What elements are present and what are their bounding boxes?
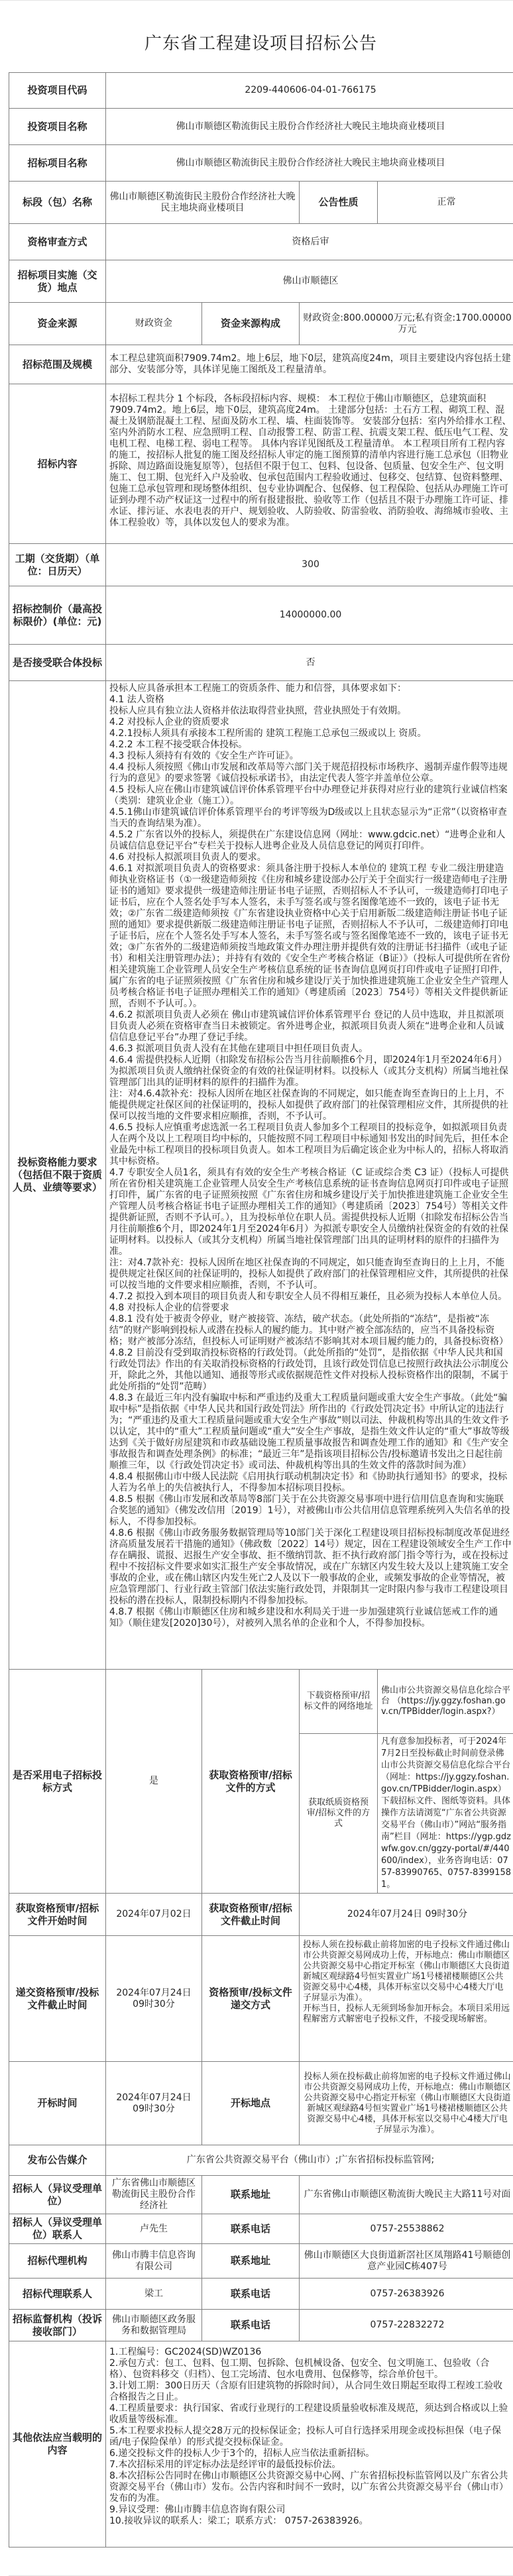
- requirement-line: 4.6.1 对拟派项目负责人的资格要求：须具备注册于投标人本单位的 建筑工程 专…: [109, 863, 512, 1010]
- requirement-line: 4.7.2 拟投入到本项目的项目负责人和专职安全人员不得相互兼任，且必须为投标人…: [109, 1291, 512, 1303]
- row-doc-time: 获取资格预审/招标文件开始时间 2024年07月02日 获取资格预审/招标文件截…: [9, 1894, 513, 1936]
- content-value: 本招标工程共分 1 个标段，各标段招标内容、规模： 本工程位于佛山市顺德区，总建…: [106, 384, 513, 544]
- other-label: 其他依法应当载明的内容: [9, 2341, 106, 2548]
- agency-contact-label: 招标代理联系人: [9, 2279, 106, 2310]
- other-line: 7.本次招标采用的评定标办法是经评审的最低投标价法。: [109, 2459, 512, 2471]
- qualification-review-label: 资格审查方式: [9, 224, 106, 260]
- tenderer-address-value: 广东省佛山市顺德区勒流街大晚民主大路11号对面: [300, 2176, 513, 2214]
- project-code-label: 投资项目代码: [9, 73, 106, 109]
- row-qualification-review: 资格审查方式 资格后审: [9, 224, 513, 260]
- requirement-line: 注：对4.7款补充：投标人因所在地区社保查询的不同规定，如只能查询至查询日的上上…: [109, 1258, 512, 1291]
- download-address-value[interactable]: 佛山市公共资源交易信息化综合平台 （https://jy.ggzy.foshan…: [378, 1670, 513, 1734]
- supervisor-phone-label: 联系电话: [202, 2310, 300, 2341]
- row-agency: 招标代理机构 佛山市腾丰信息咨询有限公司 联系地址 佛山市顺德区大良街道新滘社区…: [9, 2244, 513, 2279]
- other-line: 2.承包方式：包工、包料、包工期、包拆除、包机械设备、包安全、包文明施工、包验收…: [109, 2358, 512, 2381]
- requirement-line: 4.6 对投标人拟派项目负责人的要求。: [109, 852, 512, 863]
- project-name-label: 投资项目名称: [9, 109, 106, 145]
- agency-phone-value: 0757-26383926: [300, 2279, 513, 2310]
- tenderer-address-label: 联系地址: [202, 2176, 300, 2214]
- control-price-label: 招标控制价（最高投标限价）(单位：元): [9, 586, 106, 645]
- other-line: 9.异议受理：佛山市腾丰信息咨询有限公司: [109, 2504, 512, 2516]
- row-media: 发布公告媒介 广东省公共资源交易平台（佛山市）;广东省招标投标监管网;: [9, 2145, 513, 2176]
- supervisor-label: 招标监督机构（投诉接收部门）: [9, 2310, 106, 2341]
- other-line: 5.本工程要求投标人提交28万元的投标保证金；投标人可自行选择采用现金或投标担保…: [109, 2426, 512, 2448]
- requirement-line: 4.6.4 需提供投标人近期（扣除发布招标公告当月往前顺推6个月，即2024年1…: [109, 1055, 512, 1089]
- agency-label: 招标代理机构: [9, 2244, 106, 2279]
- project-code-value: 2209-440606-04-01-766175: [106, 73, 513, 109]
- requirement-line: 4.2.1投标人须具有承接本工程所需的 建筑工程施工总承包三级或以上 资质。: [109, 728, 512, 739]
- electronic-value: 是: [106, 1670, 202, 1894]
- row-electronic-download: 是否采用电子招标投标方式 是 获取资格预审/招标文件的方式 下载资格预审/招标文…: [9, 1670, 513, 1734]
- funding-composition-value: 财政资金:800.00000万元;私有资金:1700.00000万元: [300, 303, 513, 345]
- row-duration: 工期（交货期）（单位：日历天） 300: [9, 544, 513, 586]
- row-submission: 递交资格预审/投标文件截止时间 2024年07月24日 09时30分 资格预审/…: [9, 1936, 513, 2062]
- doc-end-label: 获取资格预审/招标文件截止时间: [202, 1894, 300, 1936]
- requirement-line: 注：对4.6.4款补充：投标人因所在地区社保查询的不同规定，如只能查询至查询日的…: [109, 1089, 512, 1122]
- submission-method-label: 资格预审/投标文件递交方式: [202, 1936, 300, 2062]
- requirement-line: 4.4 投标人须按照《佛山市发展和改革局等六部门关于规范招投标市场秩序、遏制弄虚…: [109, 762, 512, 784]
- agency-address-label: 联系地址: [202, 2244, 300, 2279]
- tender-name-label: 招标项目名称: [9, 145, 106, 182]
- tenderer-value: 广东省佛山市顺德区勒流街民主股份合作经济社: [106, 2176, 202, 2214]
- row-tenderer-contact: 招标人（异议受理单位）联系人 卢先生 联系电话 0757-25538862: [9, 2214, 513, 2244]
- doc-start-label: 获取资格预审/招标文件开始时间: [9, 1894, 106, 1936]
- paper-method-label: 获取纸质资格预审/招标文件的方式: [300, 1734, 378, 1894]
- tenderer-contact-value: 卢先生: [106, 2214, 202, 2244]
- requirements-value: 投标人应具备承担本工程施工的资质条件、能力和信誉，具体要求如下：4.1 法人资格…: [106, 681, 513, 1670]
- funding-composition-label: 资金来源构成: [202, 303, 300, 345]
- requirement-line: 4.3 投标人须持有有效的《安全生产许可证》。: [109, 751, 512, 762]
- tenderer-contact-label: 招标人（异议受理单位）联系人: [9, 2214, 106, 2244]
- supervisor-phone-value: 0757-22832272: [300, 2310, 513, 2341]
- row-supervisor: 招标监督机构（投诉接收部门） 佛山市顺德区政务服务和数据管理局 联系电话 075…: [9, 2310, 513, 2341]
- other-line: 4.工程质量要求：执行国家、省或行业现行的工程建设质量验收标准及规范，须达到合格…: [109, 2403, 512, 2426]
- row-location: 招标项目实施（交货）地点 佛山市顺德区: [9, 260, 513, 303]
- requirement-line: 4.5 投标人应在佛山市建筑诚信评价体系管理平台中办理登记并获得对应行业的建筑行…: [109, 784, 512, 807]
- requirements-list: 投标人应具备承担本工程施工的资质条件、能力和信誉，具体要求如下：4.1 法人资格…: [109, 683, 512, 1629]
- opening-time-value: 2024年07月24日 09时30分: [106, 2062, 202, 2145]
- row-funding: 资金来源 财政资金 资金来源构成 财政资金:800.00000万元;私有资金:1…: [9, 303, 513, 345]
- requirement-line: 4.6.5 投标人应慎重考虑选派一名工程项目负责人参加多个工程项目的投标竞争，如…: [109, 1122, 512, 1167]
- section-value: 佛山市顺德区勒流街民主股份合作经济社大晚民主地块商业楼项目: [106, 182, 300, 224]
- requirement-line: 4.8.3 在最近三年内没有骗取中标和严重违约及重大工程质量问题或重大安全生产事…: [109, 1393, 512, 1472]
- row-requirements: 投标资格能力要求（包括但不限于资质人员、业绩等要求） 投标人应具备承担本工程施工…: [9, 681, 513, 1670]
- requirements-label: 投标资格能力要求（包括但不限于资质人员、业绩等要求）: [9, 681, 106, 1670]
- requirement-line: 4.8.1 没有处于被责令停业，财产被接管、冻结，破产状态。（此处所指的“冻结”…: [109, 1314, 512, 1348]
- scope-label: 招标范围及规模: [9, 345, 106, 384]
- funding-value: 财政资金: [106, 303, 202, 345]
- opening-time-label: 开标时间: [9, 2062, 106, 2145]
- requirement-line: 4.2 对投标人企业的资质要求: [109, 717, 512, 728]
- row-scope: 招标范围及规模 本工程总建筑面积7909.74m2。地上6层，地下0层，建筑高度…: [9, 345, 513, 384]
- agency-phone-label: 联系电话: [202, 2279, 300, 2310]
- content-label: 招标内容: [9, 384, 106, 544]
- row-project-code: 投资项目代码 2209-440606-04-01-766175: [9, 73, 513, 109]
- row-other: 其他依法应当载明的内容 1.工程编号：GC2024(SD)WZ01362.承包方…: [9, 2341, 513, 2548]
- submission-deadline-value: 2024年07月24日 09时30分: [106, 1936, 202, 2062]
- notice-nature-label: 公告性质: [300, 182, 378, 224]
- row-tenderer: 招标人（异议受理单位） 广东省佛山市顺德区勒流街民主股份合作经济社 联系地址 广…: [9, 2176, 513, 2214]
- requirement-line: 4.5.1佛山市建筑诚信评价体系管理平台的考评等级为D级或以上且状态显示为“正常…: [109, 807, 512, 830]
- download-address-label: 下载资格预审/招标文件的网络地址: [300, 1670, 378, 1734]
- tender-name-value: 佛山市顺德区勒流街民主股份合作经济社大晚民主地块商业楼项目: [106, 145, 513, 182]
- requirement-line: 4.8.7 根据《佛山市顺德区住房和城乡建设和水利局关于进一步加强建筑行业诚信惩…: [109, 1607, 512, 1629]
- row-control-price: 招标控制价（最高投标限价）(单位：元) 14000000.00: [9, 586, 513, 645]
- qualification-review-value: 资格后审: [106, 224, 513, 260]
- doc-end-value: 2024年07月24日 09时30分: [300, 1894, 513, 1936]
- requirement-line: 4.8.4 根据佛山市中级人民法院《启用执行联动机制决定书》和《协助执行通知书》…: [109, 1472, 512, 1494]
- requirement-line: 4.2.2 本工程不接受联合体投标。: [109, 739, 512, 751]
- duration-value: 300: [106, 544, 513, 586]
- requirement-line: 投标人应具有独立法人资格并依法取得营业执照，营业执照处于有效期。: [109, 706, 512, 717]
- requirement-line: 4.8 对投标人企业的信誉要求: [109, 1303, 512, 1314]
- requirement-line: 4.7 专职安全人员1名，须具有有效的安全生产考核合格证（C 证或综合类 C3 …: [109, 1167, 512, 1258]
- requirement-line: 4.8.2 目前没有受到取消投标资格的行政处罚。（此处所指的“处罚”，是指依据《…: [109, 1348, 512, 1393]
- other-line: 6.递交投标文件的投标人少于3个的，招标人应当依法重新招标。: [109, 2448, 512, 2459]
- tenderer-label: 招标人（异议受理单位）: [9, 2176, 106, 2214]
- requirement-line: 4.6.3 拟派项目负责人没有在其他在建项目中担任项目负责人。: [109, 1044, 512, 1055]
- agency-value: 佛山市腾丰信息咨询有限公司: [106, 2244, 202, 2279]
- supervisor-value: 佛山市顺德区政务服务和数据管理局: [106, 2310, 202, 2341]
- control-price-value: 14000000.00: [106, 586, 513, 645]
- funding-label: 资金来源: [9, 303, 106, 345]
- submission-method-value: 投标人须在投标截止前将加密的电子投标文件通过佛山市公共资源交易网成功上传，开标地…: [300, 1936, 513, 2062]
- requirement-line: 4.6.2 拟派项目负责人必须在 佛山市建筑诚信评价体系管理平台 登记的人员中选…: [109, 1010, 512, 1044]
- electronic-label: 是否采用电子招标投标方式: [9, 1670, 106, 1894]
- row-content: 招标内容 本招标工程共分 1 个标段，各标段招标内容、规模： 本工程位于佛山市顺…: [9, 384, 513, 544]
- other-line: 3.计划工期：300日历天（含原有旧建筑物的拆除时间），从合同生效日期起至取得工…: [109, 2381, 512, 2403]
- method-label: 获取资格预审/招标文件的方式: [202, 1670, 300, 1894]
- requirement-line: 4.8.6 根据《佛山市政务服务数据管理局等10部门关于深化工程建设项目招标投标…: [109, 1528, 512, 1607]
- scope-value: 本工程总建筑面积7909.74m2。地上6层，地下0层，建筑高度24m，项目主要…: [106, 345, 513, 384]
- opening-place-value: 投标人须在投标截止前将加密的电子投标文件通过佛山市公共资源交易网成功上传，开标地…: [300, 2062, 513, 2145]
- row-section: 标段（包）名称 佛山市顺德区勒流街民主股份合作经济社大晚民主地块商业楼项目 公告…: [9, 182, 513, 224]
- tenderer-phone-label: 联系电话: [202, 2214, 300, 2244]
- media-value: 广东省公共资源交易平台（佛山市）;广东省招标投标监管网;: [106, 2145, 513, 2176]
- row-tender-name: 招标项目名称 佛山市顺德区勒流街民主股份合作经济社大晚民主地块商业楼项目: [9, 145, 513, 182]
- project-name-value: 佛山市顺德区勒流街民主股份合作经济社大晚民主地块商业楼项目: [106, 109, 513, 145]
- requirement-line: 4.8.5 根据《佛山市发展和改革局等8部门关于在公共资源交易事项中进行信用信息…: [109, 1494, 512, 1528]
- paper-method-value: 凡有意参加投标者，可于2024年7月2日至投标截止时间前登录佛山市公共资源交易信…: [378, 1734, 513, 1894]
- opening-place-label: 开标地点: [202, 2062, 300, 2145]
- media-label: 发布公告媒介: [9, 2145, 106, 2176]
- submission-deadline-label: 递交资格预审/投标文件截止时间: [9, 1936, 106, 2062]
- requirement-line: 4.1 法人资格: [109, 694, 512, 706]
- agency-contact-value: 梁工: [106, 2279, 202, 2310]
- requirement-line: 4.5.2 广东省以外的投标人，须提供在广东建设信息网（网址：www.gdcic…: [109, 830, 512, 852]
- requirement-line: 投标人应具备承担本工程施工的资质条件、能力和信誉，具体要求如下：: [109, 683, 512, 694]
- other-line: 1.工程编号：GC2024(SD)WZ0136: [109, 2347, 512, 2358]
- section-label: 标段（包）名称: [9, 182, 106, 224]
- other-list: 1.工程编号：GC2024(SD)WZ01362.承包方式：包工、包料、包工期、…: [109, 2347, 512, 2527]
- row-project-name: 投资项目名称 佛山市顺德区勒流街民主股份合作经济社大晚民主地块商业楼项目: [9, 109, 513, 145]
- row-consortium: 是否接受联合体投标 否: [9, 645, 513, 681]
- row-agency-contact: 招标代理联系人 梁工 联系电话 0757-26383926: [9, 2279, 513, 2310]
- consortium-value: 否: [106, 645, 513, 681]
- row-opening: 开标时间 2024年07月24日 09时30分 开标地点 投标人须在投标截止前将…: [9, 2062, 513, 2145]
- location-label: 招标项目实施（交货）地点: [9, 260, 106, 303]
- tender-notice-table: 投资项目代码 2209-440606-04-01-766175 投资项目名称 佛…: [9, 72, 513, 2548]
- other-line: 10.接收异议的联系人：梁工；联系方式： 0757-26383926。: [109, 2516, 512, 2527]
- consortium-label: 是否接受联合体投标: [9, 645, 106, 681]
- notice-nature-value: 正常: [378, 182, 513, 224]
- doc-start-value: 2024年07月02日: [106, 1894, 202, 1936]
- notice-page: 广东省工程建设项目招标公告 投资项目代码 2209-440606-04-01-7…: [0, 1, 513, 2576]
- other-line: 8.本次招标公告同时在佛山市顺德区公共资源交易中心网、广东省招标投标监管网以及广…: [109, 2471, 512, 2504]
- page-title: 广东省工程建设项目招标公告: [9, 1, 513, 72]
- other-value: 1.工程编号：GC2024(SD)WZ01362.承包方式：包工、包料、包工期、…: [106, 2341, 513, 2548]
- tenderer-phone-value: 0757-25538862: [300, 2214, 513, 2244]
- agency-address-value: 佛山市顺德区大良街道新滘社区凤翔路41号顺德创意产业园C栋407号: [300, 2244, 513, 2279]
- location-value: 佛山市顺德区: [106, 260, 513, 303]
- duration-label: 工期（交货期）（单位：日历天）: [9, 544, 106, 586]
